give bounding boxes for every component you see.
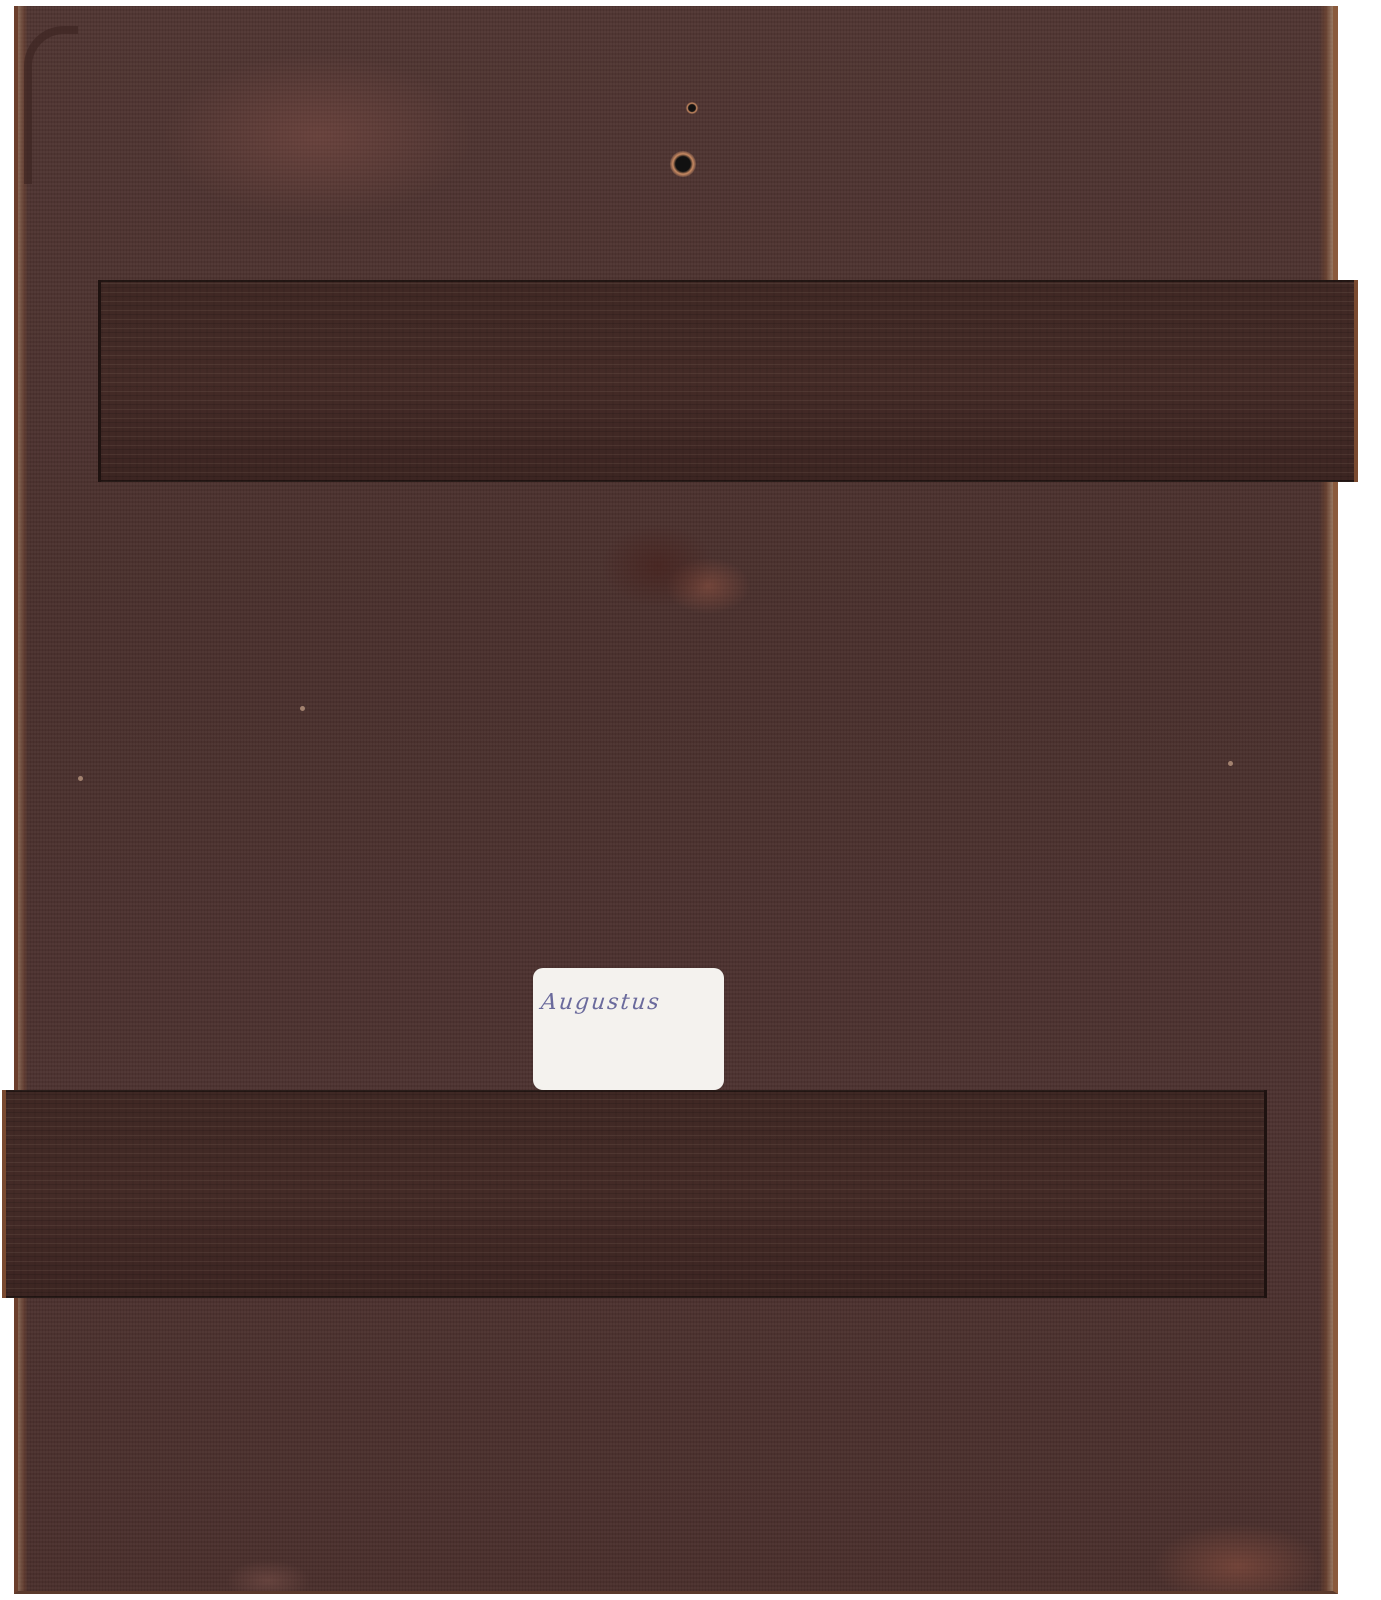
panel-left-edge (18, 6, 28, 1591)
bottom-batten (2, 1090, 1267, 1298)
large-nail-hole (670, 151, 696, 177)
paint-speck (1228, 761, 1233, 766)
small-nail-hole (686, 102, 698, 114)
paper-label: Augustus (533, 968, 724, 1090)
wooden-panel-back (14, 6, 1338, 1594)
corner-arc-stain (24, 26, 78, 184)
paint-speck (300, 706, 305, 711)
top-batten (98, 280, 1358, 482)
panel-right-edge (1319, 6, 1333, 1591)
paint-speck (78, 776, 83, 781)
label-handwriting: Augustus (540, 990, 663, 1015)
